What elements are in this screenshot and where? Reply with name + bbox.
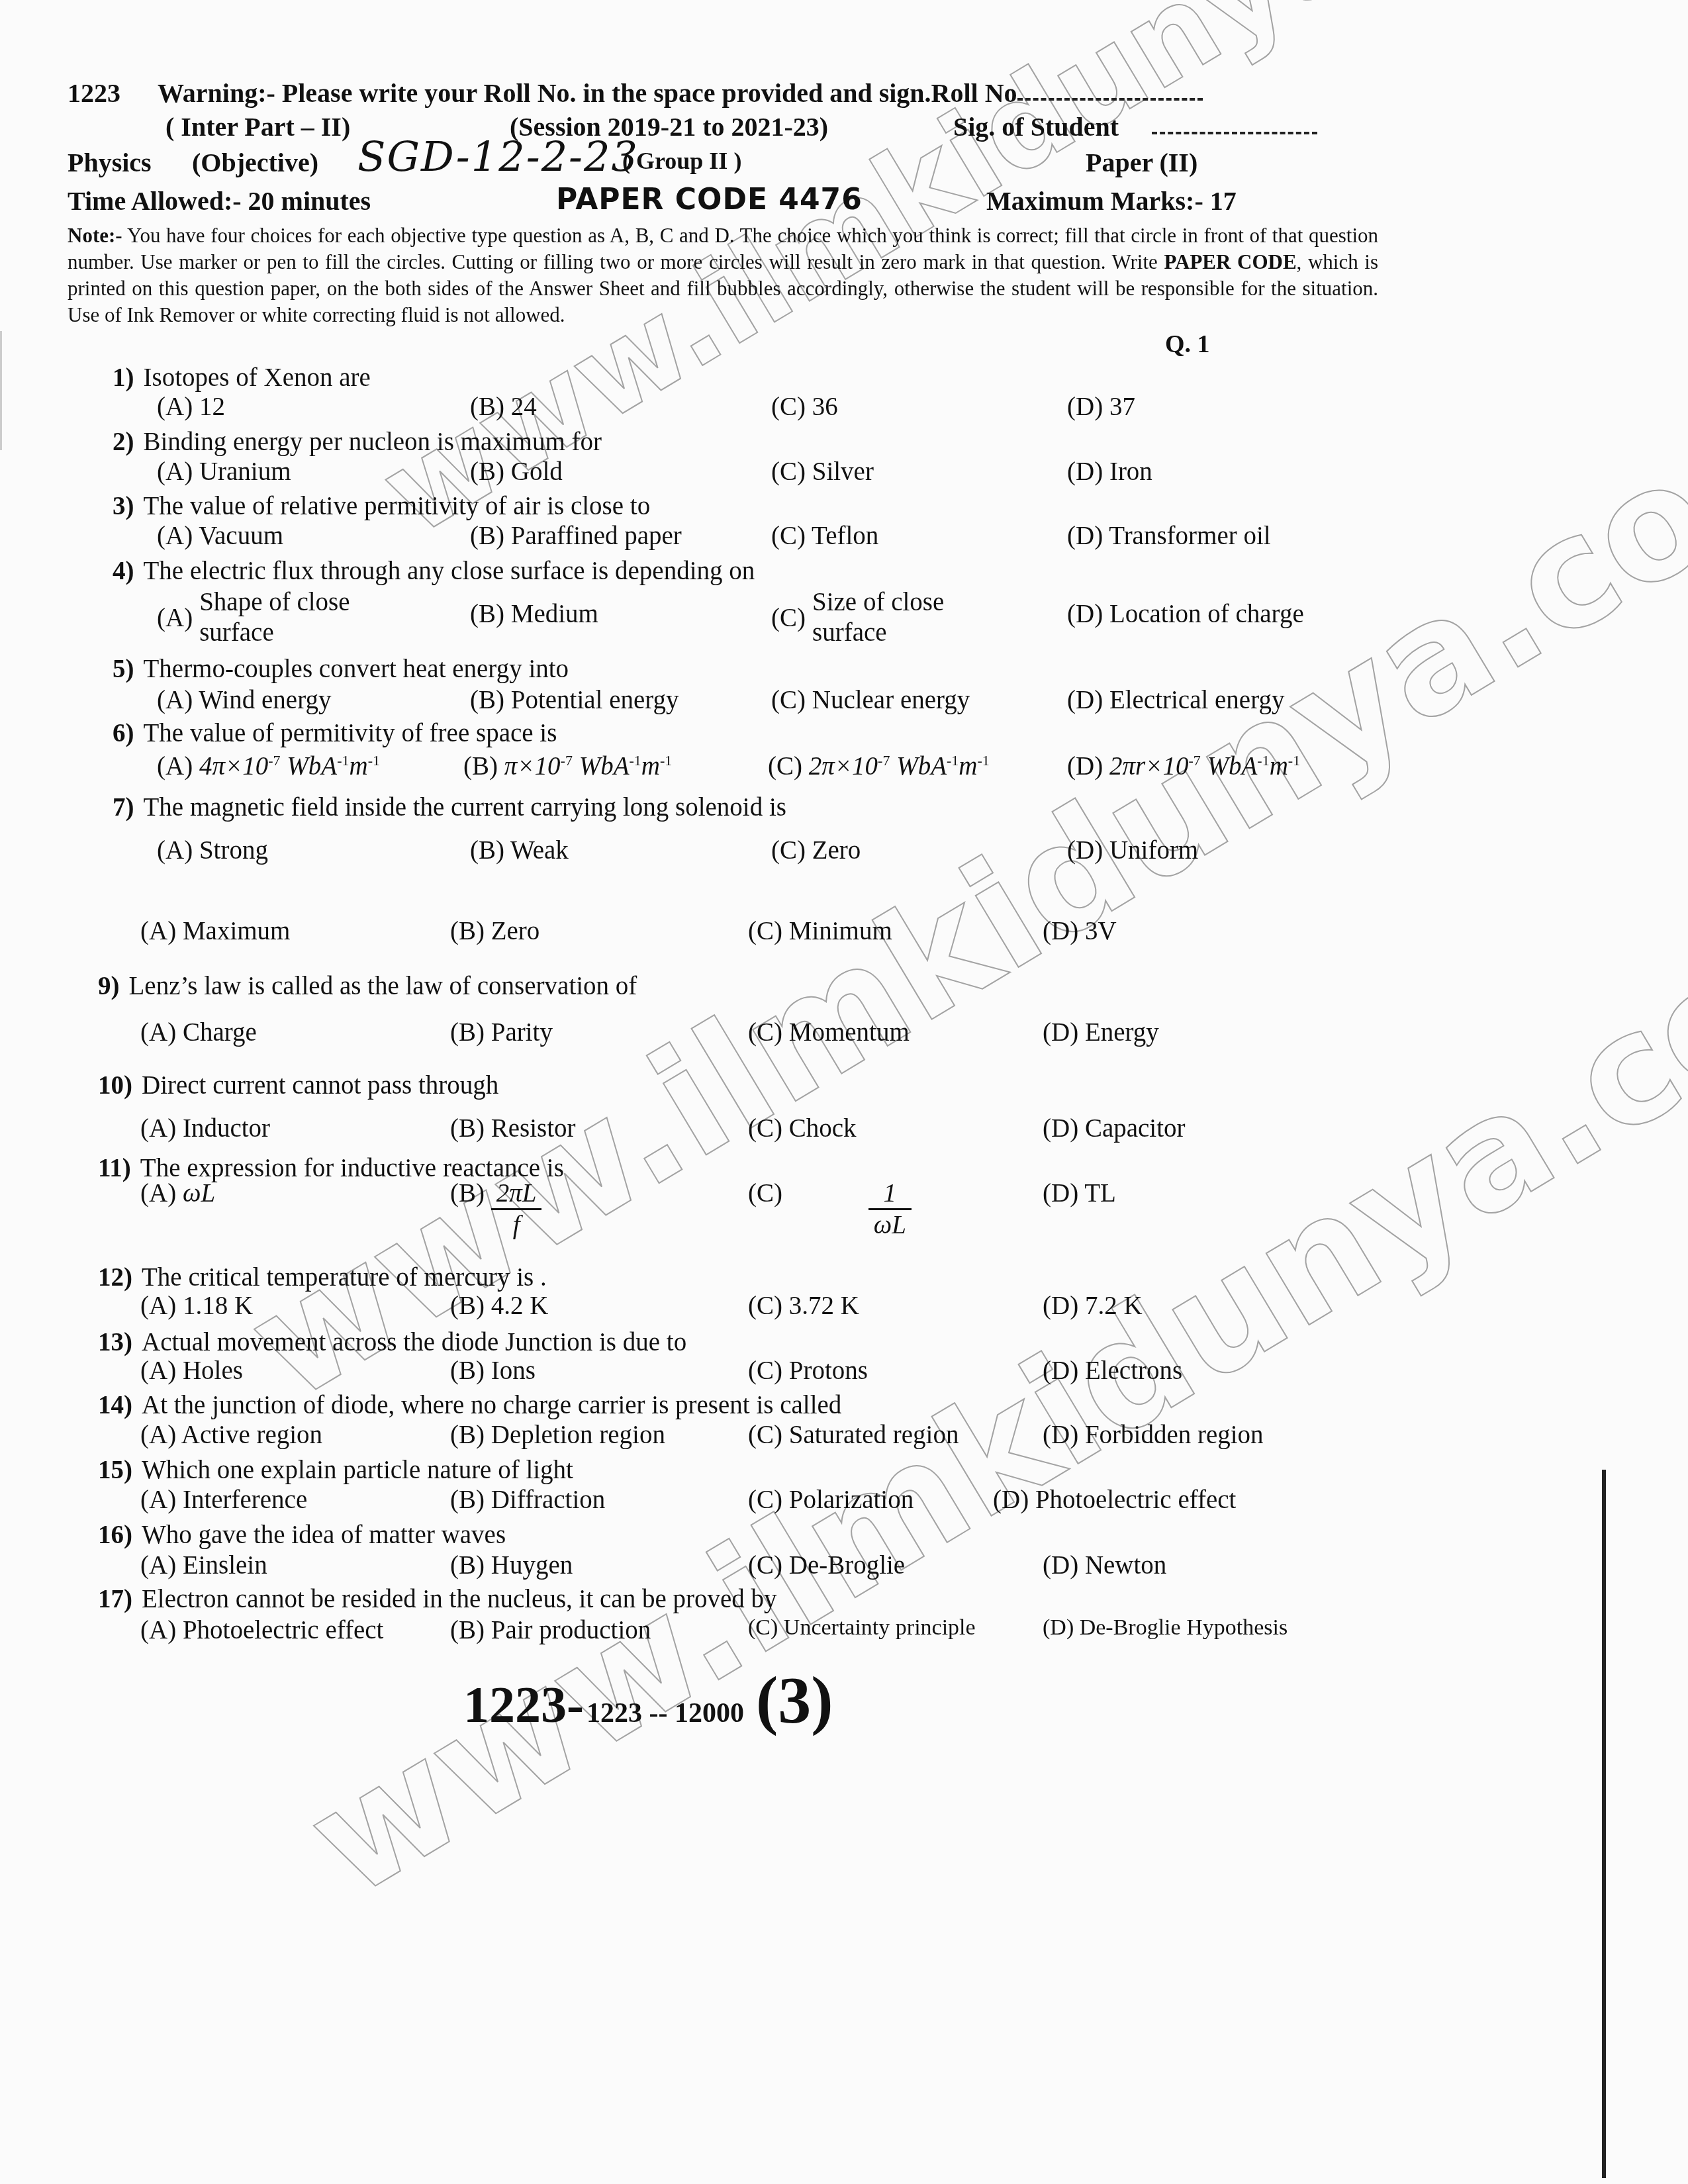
footer-code: 1223- 1223 -- 12000 (3) bbox=[463, 1662, 833, 1738]
question-number: 6) bbox=[113, 719, 134, 747]
numerator: 2πL bbox=[491, 1178, 542, 1210]
option-c[interactable]: (C) Protons bbox=[748, 1356, 868, 1386]
unit: WbA bbox=[1201, 752, 1258, 781]
option-label: (D) bbox=[1043, 1179, 1084, 1208]
unit: m bbox=[349, 752, 367, 781]
math-coefficient: 4π×10 bbox=[199, 752, 268, 781]
math-expression: ωL bbox=[183, 1179, 215, 1208]
unit: m bbox=[641, 752, 660, 781]
note-label: Note:- bbox=[68, 224, 122, 247]
question-text: Isotopes of Xenon are bbox=[144, 363, 371, 392]
exponent: -7 bbox=[561, 752, 573, 769]
option-d[interactable]: (D) Newton bbox=[1043, 1550, 1166, 1580]
question-17: 17)Electron cannot be resided in the nuc… bbox=[98, 1584, 777, 1614]
question-text: The magnetic field inside the current ca… bbox=[144, 793, 786, 822]
option-label: (B) bbox=[463, 752, 504, 781]
option-a[interactable]: (A) Charge bbox=[140, 1018, 257, 1047]
option-a[interactable]: (A) Einslein bbox=[140, 1550, 267, 1580]
question-number: 5) bbox=[113, 655, 134, 683]
subject: Physics bbox=[68, 147, 152, 178]
option-c[interactable]: (C) 36 bbox=[771, 392, 838, 422]
option-d[interactable]: (D) Uniform bbox=[1067, 835, 1198, 865]
question-15: 15)Which one explain particle nature of … bbox=[98, 1455, 573, 1485]
question-text: Actual movement across the diode Junctio… bbox=[142, 1328, 686, 1356]
option-d[interactable]: (D) 2πr×10-7 WbA-1m-1 bbox=[1067, 751, 1300, 781]
exponent: -1 bbox=[337, 752, 349, 769]
option-line: surface bbox=[199, 618, 350, 648]
question-text: Electron cannot be resided in the nucleu… bbox=[142, 1585, 777, 1613]
unit: WbA bbox=[890, 752, 947, 781]
footer-code-big: 1223- bbox=[463, 1676, 584, 1733]
option-a[interactable]: (A) ωL bbox=[140, 1178, 215, 1208]
instructions-note: Note:- You have four choices for each ob… bbox=[68, 222, 1378, 328]
question-7: 7)The magnetic field inside the current … bbox=[113, 792, 786, 822]
exponent: -7 bbox=[878, 752, 890, 769]
question-text: The value of permitivity of free space i… bbox=[144, 719, 557, 747]
paper-code: PAPER CODE 4476 bbox=[556, 183, 863, 216]
option-a[interactable]: (A)Shape of closesurface bbox=[157, 587, 350, 648]
option-b[interactable]: (B) Huygen bbox=[450, 1550, 573, 1580]
option-b[interactable]: (B) Weak bbox=[470, 835, 569, 865]
warning-text: Warning:- Please write your Roll No. in … bbox=[158, 77, 1203, 109]
option-a[interactable]: (A) Holes bbox=[140, 1356, 243, 1386]
option-c[interactable]: (C) 3.72 K bbox=[748, 1291, 859, 1321]
option-c[interactable]: (C) Zero bbox=[771, 835, 861, 865]
math-coefficient: 2πr×10 bbox=[1109, 752, 1189, 781]
signature-area: Sig. of Student bbox=[953, 111, 1317, 142]
question-text: Thermo-couples convert heat energy into bbox=[144, 655, 569, 683]
option-c[interactable]: (C) Nuclear energy bbox=[771, 685, 970, 715]
option-line: surface bbox=[812, 618, 944, 648]
option-d[interactable]: (D) Iron bbox=[1067, 457, 1152, 487]
option-line: Shape of close bbox=[199, 587, 350, 618]
option-text: Shape of closesurface bbox=[199, 587, 350, 648]
unit: m bbox=[1270, 752, 1288, 781]
option-b[interactable]: (B) Resistor bbox=[450, 1114, 576, 1143]
question-14: 14)At the junction of diode, where no ch… bbox=[98, 1390, 841, 1420]
question-number: 4) bbox=[113, 557, 134, 585]
option-d[interactable]: (D) 3V bbox=[1043, 916, 1117, 946]
question-label: Q. 1 bbox=[1165, 330, 1210, 359]
scan-edge-line bbox=[1602, 1470, 1606, 2178]
roll-no-label: Roll No bbox=[931, 78, 1017, 108]
question-number: 17) bbox=[98, 1585, 132, 1613]
exponent: -1 bbox=[660, 752, 672, 769]
denominator: f bbox=[491, 1210, 542, 1240]
warning-label: Warning:- Please write your Roll No. in … bbox=[158, 78, 931, 108]
option-a[interactable]: (A) Maximum bbox=[140, 916, 290, 946]
option-d[interactable]: (D) Capacitor bbox=[1043, 1114, 1186, 1143]
option-b[interactable]: (B) Zero bbox=[450, 916, 539, 946]
roll-no-field[interactable] bbox=[1017, 91, 1203, 101]
question-number: 12) bbox=[98, 1263, 132, 1292]
option-b[interactable]: (B) 24 bbox=[470, 392, 537, 422]
question-text: At the junction of diode, where no charg… bbox=[142, 1391, 841, 1419]
option-label: (B) bbox=[450, 1179, 491, 1208]
footer-code-small: 1223 -- 12000 bbox=[586, 1698, 744, 1729]
objective-label: (Objective) bbox=[192, 147, 318, 178]
time-allowed: Time Allowed:- 20 minutes bbox=[68, 185, 371, 216]
numerator: 1 bbox=[868, 1178, 912, 1210]
inter-part: ( Inter Part – II) bbox=[165, 111, 350, 142]
option-c[interactable]: (C) Polarization bbox=[748, 1485, 914, 1515]
option-c[interactable]: (C) Teflon bbox=[771, 521, 878, 551]
math-coefficient: π×10 bbox=[504, 752, 561, 781]
math-coefficient: 2π×10 bbox=[809, 752, 878, 781]
scan-edge-mark bbox=[0, 331, 2, 450]
option-text: Size of closesurface bbox=[812, 587, 944, 648]
option-d[interactable]: (D) Transformer oil bbox=[1067, 521, 1271, 551]
unit: m bbox=[959, 752, 977, 781]
question-text: Which one explain particle nature of lig… bbox=[142, 1456, 573, 1484]
option-c[interactable]: (C) Chock bbox=[748, 1114, 857, 1143]
option-b[interactable]: (B) Potential energy bbox=[470, 685, 679, 715]
option-d[interactable]: (D) TL bbox=[1043, 1178, 1116, 1208]
exponent: -1 bbox=[368, 752, 380, 769]
option-a[interactable]: (A) 4π×10-7 WbA-1m-1 bbox=[157, 751, 380, 781]
group: ( Group II ) bbox=[622, 147, 741, 175]
option-b[interactable]: (B) Depletion region bbox=[450, 1420, 665, 1450]
signature-field[interactable] bbox=[1152, 125, 1317, 134]
question-text: Binding energy per nucleon is maximum fo… bbox=[144, 428, 602, 456]
question-5: 5)Thermo-couples convert heat energy int… bbox=[113, 654, 569, 684]
option-d[interactable]: (D) 7.2 K bbox=[1043, 1291, 1143, 1321]
option-a[interactable]: (A) Active region bbox=[140, 1420, 322, 1450]
question-number: 7) bbox=[113, 793, 134, 822]
option-c[interactable]: (C) Minimum bbox=[748, 916, 892, 946]
question-number: 2) bbox=[113, 428, 134, 456]
option-label: (C) bbox=[771, 603, 806, 633]
question-1: 1)Isotopes of Xenon are bbox=[113, 363, 371, 393]
fraction: 1ωL bbox=[868, 1178, 912, 1240]
paper-number: Paper (II) bbox=[1086, 147, 1197, 178]
question-text: Lenz’s law is called as the law of conse… bbox=[129, 972, 637, 1000]
option-c[interactable]: (C)Size of closesurface bbox=[771, 587, 944, 648]
option-a[interactable]: (A) Interference bbox=[140, 1485, 307, 1515]
question-2: 2)Binding energy per nucleon is maximum … bbox=[113, 427, 602, 457]
option-c[interactable]: (C) 1ωL bbox=[748, 1178, 912, 1240]
unit: WbA bbox=[281, 752, 338, 781]
question-13: 13)Actual movement across the diode Junc… bbox=[98, 1327, 686, 1357]
option-b[interactable]: (B) π×10-7 WbA-1m-1 bbox=[463, 751, 672, 781]
maximum-marks: Maximum Marks:- 17 bbox=[986, 185, 1237, 216]
option-a[interactable]: (A) Vacuum bbox=[157, 521, 283, 551]
option-c[interactable]: (C) Momentum bbox=[748, 1018, 910, 1047]
option-d[interactable]: (D) 37 bbox=[1067, 392, 1135, 422]
option-a[interactable]: (A) Wind energy bbox=[157, 685, 331, 715]
option-d[interactable]: (D) Energy bbox=[1043, 1018, 1159, 1047]
question-number: 11) bbox=[98, 1154, 131, 1182]
question-text: The value of relative permitivity of air… bbox=[144, 492, 651, 520]
option-label: (D) bbox=[1067, 752, 1109, 781]
option-a[interactable]: (A) Photoelectric effect bbox=[140, 1615, 383, 1645]
option-a[interactable]: (A) Uranium bbox=[157, 457, 291, 487]
question-text: Direct current cannot pass through bbox=[142, 1071, 498, 1100]
question-number: 13) bbox=[98, 1328, 132, 1356]
option-c[interactable]: (C) Uncertainty principle bbox=[748, 1615, 976, 1640]
option-c[interactable]: (C) Saturated region bbox=[748, 1420, 959, 1450]
option-d[interactable]: (D) Forbidden region bbox=[1043, 1420, 1264, 1450]
math-expression: TL bbox=[1084, 1179, 1116, 1208]
option-c[interactable]: (C) De-Broglie bbox=[748, 1550, 905, 1580]
option-d[interactable]: (D) De-Broglie Hypothesis bbox=[1043, 1615, 1288, 1640]
question-text: The electric flux through any close surf… bbox=[144, 557, 755, 585]
option-d[interactable]: (D) Location of charge bbox=[1067, 599, 1304, 629]
question-3: 3)The value of relative permitivity of a… bbox=[113, 491, 650, 521]
fraction: 2πLf bbox=[491, 1178, 542, 1240]
question-number: 1) bbox=[113, 363, 134, 392]
option-line: Size of close bbox=[812, 587, 944, 618]
option-c[interactable]: (C) 2π×10-7 WbA-1m-1 bbox=[768, 751, 990, 781]
option-a[interactable]: (A) Inductor bbox=[140, 1114, 270, 1143]
option-d[interactable]: (D) Electrons bbox=[1043, 1356, 1182, 1386]
option-label: (C) bbox=[768, 752, 809, 781]
question-number: 3) bbox=[113, 492, 134, 520]
question-9: 9)Lenz’s law is called as the law of con… bbox=[98, 971, 637, 1001]
option-b[interactable]: (B) Medium bbox=[470, 599, 598, 629]
option-label: (A) bbox=[140, 1179, 183, 1208]
question-12: 12)The critical temperature of mercury i… bbox=[98, 1262, 547, 1292]
option-b[interactable]: (B) Gold bbox=[470, 457, 563, 487]
question-number: 16) bbox=[98, 1521, 132, 1549]
question-number: 10) bbox=[98, 1071, 132, 1100]
question-number: 9) bbox=[98, 972, 120, 1000]
page-number: (3) bbox=[756, 1663, 833, 1736]
option-b[interactable]: (B) Paraffined paper bbox=[470, 521, 682, 551]
exponent: -7 bbox=[268, 752, 280, 769]
option-label: (C) bbox=[748, 1179, 789, 1208]
exponent: -1 bbox=[947, 752, 959, 769]
exponent: -1 bbox=[978, 752, 990, 769]
question-4: 4)The electric flux through any close su… bbox=[113, 556, 755, 586]
question-16: 16)Who gave the idea of matter waves bbox=[98, 1520, 506, 1550]
exponent: -1 bbox=[1288, 752, 1300, 769]
exponent: -1 bbox=[630, 752, 641, 769]
paper-code-left: 1223 bbox=[68, 77, 120, 109]
option-b[interactable]: (B) Ions bbox=[450, 1356, 536, 1386]
option-label: (A) bbox=[157, 752, 199, 781]
handwritten-code: SGD-12-2-23 bbox=[357, 132, 639, 181]
option-a[interactable]: (A) Strong bbox=[157, 835, 268, 865]
option-b[interactable]: (B) 2πLf bbox=[450, 1178, 541, 1240]
exponent: -1 bbox=[1257, 752, 1269, 769]
question-10: 10)Direct current cannot pass through bbox=[98, 1070, 498, 1100]
exponent: -7 bbox=[1188, 752, 1200, 769]
denominator: ωL bbox=[868, 1210, 912, 1240]
question-number: 14) bbox=[98, 1391, 132, 1419]
option-label: (A) bbox=[157, 603, 193, 633]
question-number: 15) bbox=[98, 1456, 132, 1484]
option-b[interactable]: (B) Parity bbox=[450, 1018, 553, 1047]
unit: WbA bbox=[573, 752, 630, 781]
question-text: The critical temperature of mercury is . bbox=[142, 1263, 547, 1292]
option-c[interactable]: (C) Silver bbox=[771, 457, 874, 487]
signature-label: Sig. of Student bbox=[953, 112, 1119, 142]
question-6: 6)The value of permitivity of free space… bbox=[113, 718, 557, 748]
option-d[interactable]: (D) Photoelectric effect bbox=[993, 1485, 1236, 1515]
option-b[interactable]: (B) Diffraction bbox=[450, 1485, 605, 1515]
option-a[interactable]: (A) 12 bbox=[157, 392, 225, 422]
note-paper-code: PAPER CODE bbox=[1164, 250, 1296, 273]
option-b[interactable]: (B) Pair production bbox=[450, 1615, 651, 1645]
option-a[interactable]: (A) 1.18 K bbox=[140, 1291, 253, 1321]
option-b[interactable]: (B) 4.2 K bbox=[450, 1291, 548, 1321]
option-d[interactable]: (D) Electrical energy bbox=[1067, 685, 1284, 715]
question-text: Who gave the idea of matter waves bbox=[142, 1521, 506, 1549]
